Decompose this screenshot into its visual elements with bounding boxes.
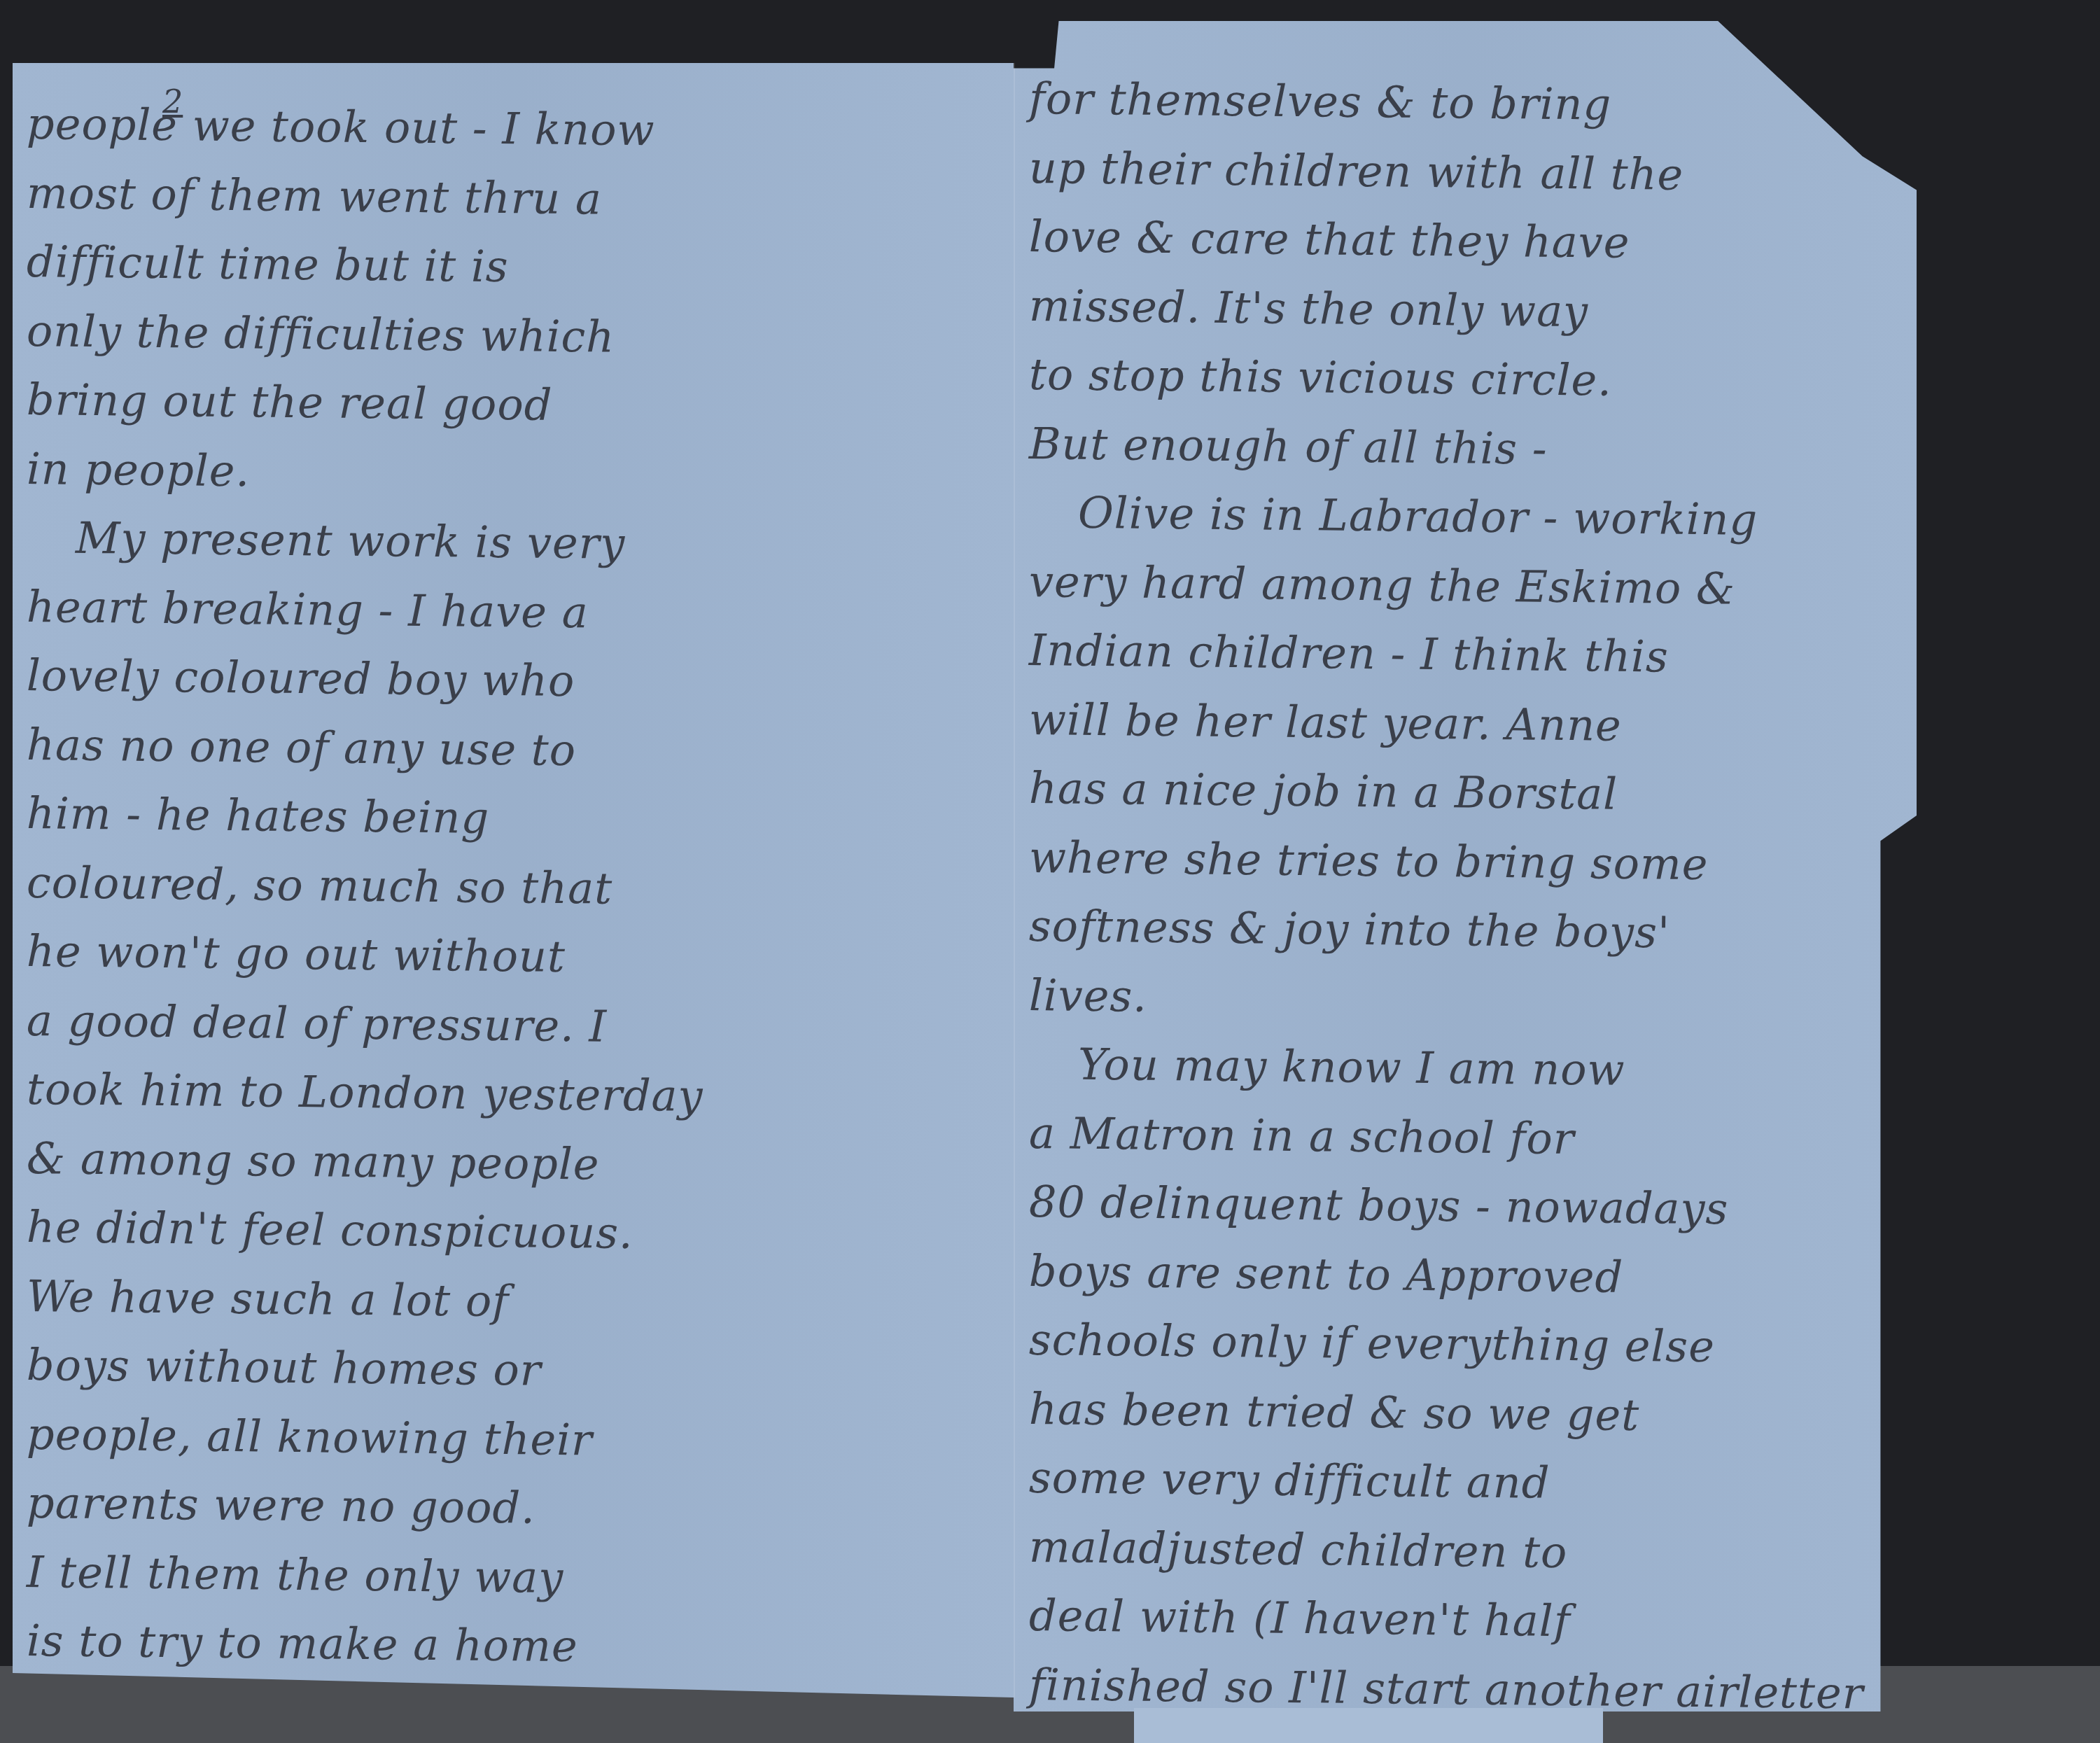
text-line: We have such a lot of: [26, 1262, 1007, 1341]
text-line: love & care that they have: [1028, 202, 1995, 281]
text-line: lovely coloured boy who: [26, 641, 1007, 720]
text-line: a good deal of pressure. I: [26, 986, 1007, 1065]
text-line: up their children with all the: [1028, 134, 1995, 213]
text-line: he won't go out without: [26, 917, 1007, 996]
text-line: only the difficulties which: [26, 297, 1007, 376]
text-line: most of them went thru a: [26, 159, 1007, 238]
text-line: has a nice job in a Borstal: [1028, 754, 1995, 833]
text-line: difficult time but it is: [26, 227, 1007, 307]
text-line: to stop this vicious circle.: [1028, 340, 1995, 419]
text-line: finished so I'll start another airletter: [1028, 1651, 1995, 1730]
text-line: parents were no good.: [26, 1469, 1007, 1548]
text-line: he didn't feel conspicuous.: [26, 1193, 1007, 1272]
right-column-text: for themselves & to bring up their child…: [1029, 64, 1995, 1719]
text-line: where she tries to bring some: [1028, 823, 1995, 902]
text-line: will be her last year. Anne: [1028, 685, 1995, 764]
text-line: people we took out - I know: [26, 90, 1007, 169]
text-line: boys are sent to Approved: [1028, 1237, 1995, 1316]
text-line: maladjusted children to: [1028, 1513, 1995, 1592]
fold-line: [1014, 63, 1015, 1697]
text-line: has no one of any use to: [26, 710, 1007, 790]
text-line: for themselves & to bring: [1028, 64, 1995, 143]
text-line: a Matron in a school for: [1028, 1099, 1995, 1178]
text-line: You may know I am now: [1028, 1030, 1995, 1109]
text-line: very hard among the Eskimo &: [1028, 547, 1995, 626]
left-column-text: people we took out - I know most of them…: [27, 90, 1007, 1676]
text-line: 80 delinquent boys - nowadays: [1028, 1168, 1995, 1247]
text-line: bring out the real good: [26, 365, 1007, 444]
text-line: him - he hates being: [26, 779, 1007, 858]
text-line: But enough of all this -: [1028, 409, 1995, 489]
text-line: softness & joy into the boys': [1028, 892, 1995, 971]
text-line: took him to London yesterday: [26, 1055, 1007, 1134]
text-line: Olive is in Labrador - working: [1028, 478, 1995, 557]
text-line: in people.: [26, 435, 1007, 514]
text-line: boys without homes or: [26, 1331, 1007, 1410]
text-line: heart breaking - I have a: [26, 573, 1007, 652]
text-line: I tell them the only way: [26, 1538, 1007, 1617]
text-line: has been tried & so we get: [1028, 1375, 1995, 1454]
text-line: My present work is very: [26, 503, 1007, 582]
text-line: missed. It's the only way: [1028, 272, 1995, 351]
text-line: & among so many people: [26, 1124, 1007, 1203]
text-line: deal with (I haven't half: [1028, 1581, 1995, 1660]
text-line: some very difficult and: [1028, 1443, 1995, 1522]
text-line: is to try to make a home: [26, 1606, 1007, 1686]
text-line: people, all knowing their: [26, 1400, 1007, 1479]
text-line: lives.: [1028, 961, 1995, 1040]
text-line: Indian children - I think this: [1028, 616, 1995, 695]
text-line: coloured, so much so that: [26, 848, 1007, 927]
text-line: schools only if everything else: [1028, 1305, 1995, 1385]
